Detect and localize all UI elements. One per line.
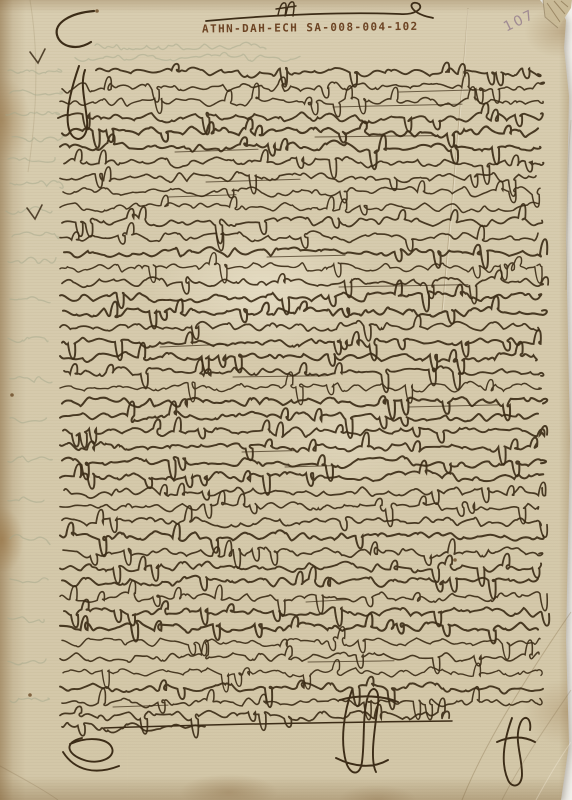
stroke bbox=[8, 456, 52, 462]
stroke bbox=[206, 179, 300, 182]
stroke bbox=[10, 698, 49, 702]
stroke bbox=[63, 417, 547, 447]
stroke bbox=[10, 418, 46, 423]
ink-speck bbox=[10, 393, 14, 397]
stroke bbox=[8, 337, 48, 343]
stroke bbox=[60, 640, 539, 674]
paper-sheet: ATHN-DAH-ECH SA-008-004-102 107 bbox=[0, 0, 572, 800]
stroke bbox=[8, 617, 44, 623]
stroke bbox=[60, 223, 538, 251]
stroke bbox=[62, 455, 546, 481]
handwriting-layer bbox=[58, 63, 549, 738]
corner-fold-flap bbox=[0, 0, 572, 70]
stroke bbox=[64, 482, 546, 504]
stroke bbox=[62, 73, 544, 104]
ink-speck bbox=[28, 693, 32, 697]
stroke bbox=[306, 600, 350, 603]
flourishes bbox=[57, 2, 535, 786]
stroke bbox=[10, 90, 63, 95]
stroke bbox=[10, 535, 50, 545]
closing-rule bbox=[104, 721, 452, 728]
stroke bbox=[62, 119, 538, 148]
stroke bbox=[60, 523, 544, 557]
stroke bbox=[6, 112, 59, 116]
stroke bbox=[399, 90, 485, 92]
stroke bbox=[62, 723, 205, 736]
stroke bbox=[63, 539, 543, 568]
stroke bbox=[8, 257, 56, 263]
manuscript-art-layer bbox=[0, 0, 572, 800]
stroke bbox=[308, 661, 394, 662]
stroke bbox=[10, 578, 48, 583]
stroke bbox=[60, 401, 538, 438]
stroke bbox=[10, 377, 52, 383]
stroke bbox=[60, 195, 538, 215]
stroke bbox=[60, 461, 543, 495]
stroke bbox=[8, 497, 44, 502]
stroke bbox=[233, 376, 326, 377]
stroke bbox=[12, 232, 58, 238]
stroke bbox=[8, 158, 55, 163]
stroke bbox=[8, 659, 46, 665]
stroke bbox=[12, 135, 64, 142]
manuscript-scan: ATHN-DAH-ECH SA-008-004-102 107 bbox=[0, 0, 572, 800]
stroke bbox=[64, 239, 547, 268]
bottom-left-flourish bbox=[63, 738, 119, 771]
ink-speck bbox=[453, 558, 457, 562]
stroke bbox=[60, 316, 539, 341]
stroke bbox=[408, 405, 498, 407]
stroke bbox=[339, 285, 468, 287]
stroke bbox=[242, 451, 294, 452]
stroke bbox=[60, 677, 543, 710]
stroke bbox=[267, 255, 345, 257]
stroke bbox=[60, 253, 542, 283]
stroke bbox=[10, 181, 63, 189]
stroke bbox=[10, 297, 50, 303]
stroke bbox=[160, 344, 227, 347]
bleedthrough-layer bbox=[6, 42, 300, 702]
